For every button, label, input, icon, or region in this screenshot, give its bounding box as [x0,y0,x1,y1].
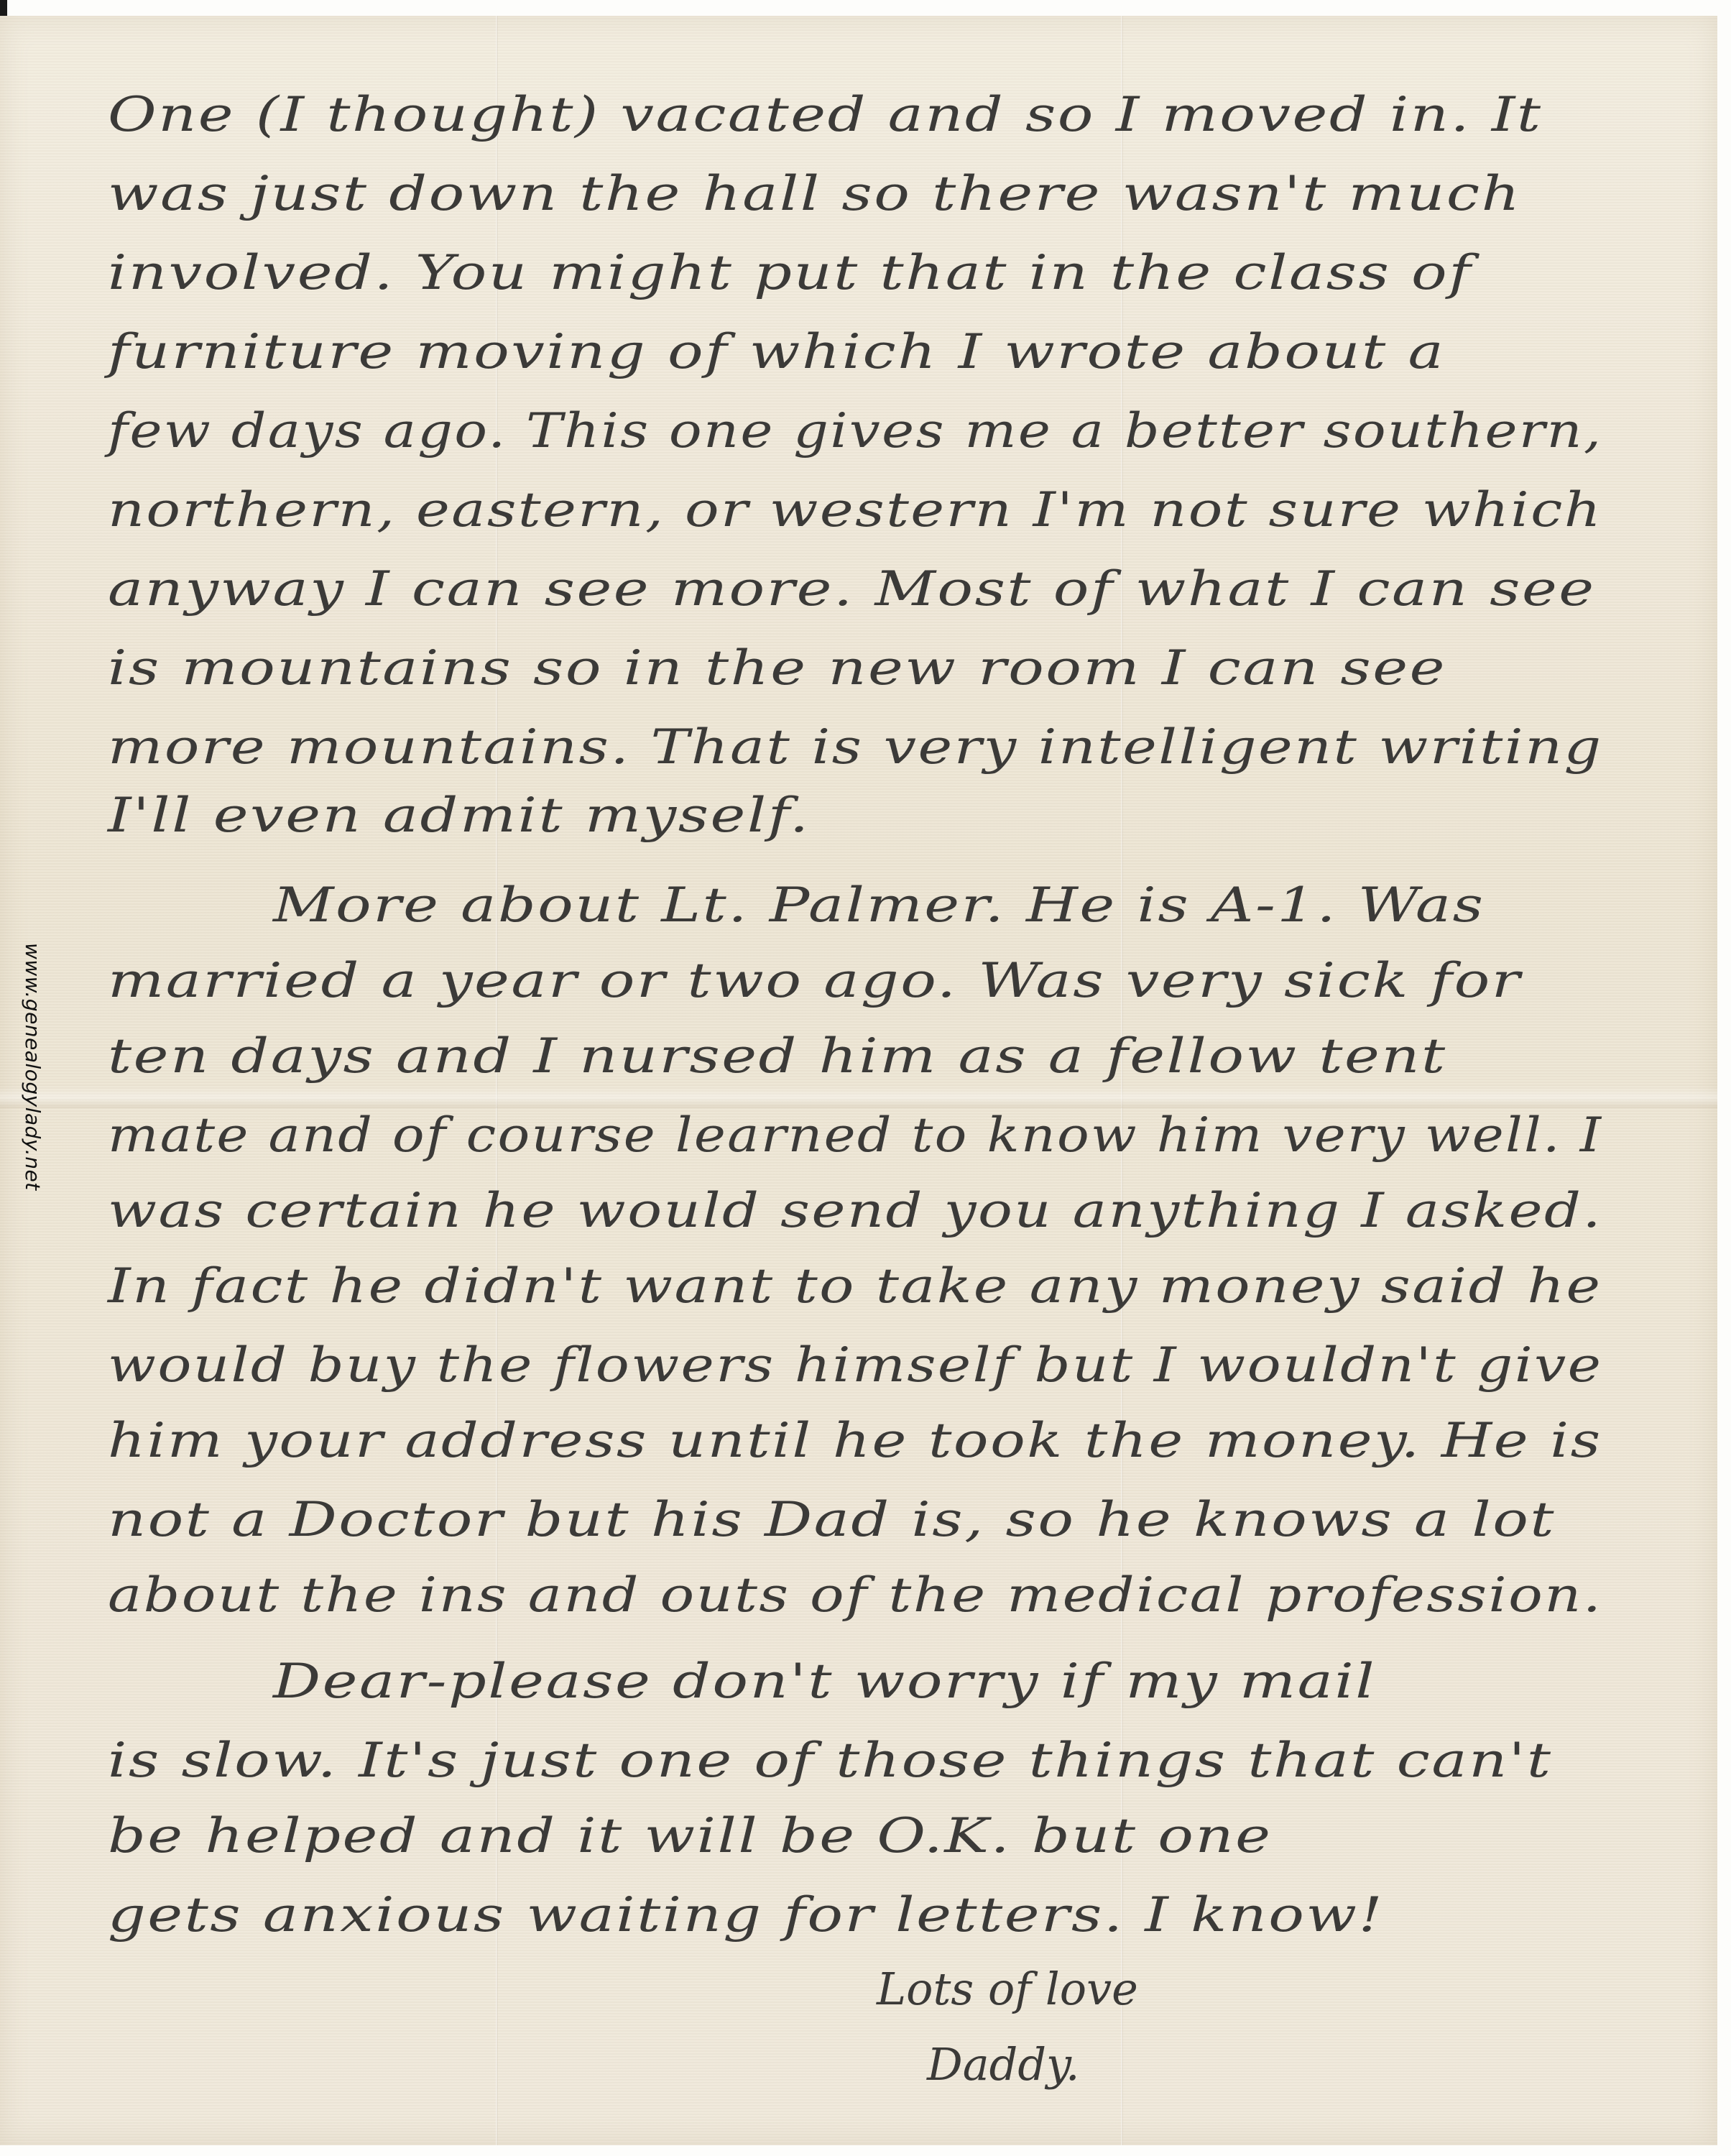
letter-line: In fact he didn't want to take any money… [108,1263,1602,1310]
letter-line: not a Doctor but his Dad is, so he knows… [108,1496,1556,1544]
letter-line: I'll even admit myself. [108,792,811,839]
letter-line: few days ago. This one gives me a better… [108,407,1602,455]
letter-line: more mountains. That is very intelligent… [108,724,1603,771]
letter-line: gets anxious waiting for letters. I know… [108,1892,1384,1939]
fold-line-horizontal [0,1087,1717,1108]
letter-line: be helped and it will be O.K. but one [108,1812,1272,1860]
letter-line: him your address until he took the money… [108,1417,1602,1465]
closing-salutation: Lots of love [877,1967,1138,2012]
letter-line: involved. You might put that in the clas… [108,249,1472,297]
letter-line: about the ins and outs of the medical pr… [108,1572,1602,1619]
letter-line: was certain he would send you anything I… [108,1187,1602,1235]
letter-line: ten days and I nursed him as a fellow te… [108,1033,1447,1080]
letter-line: was just down the hall so there wasn't m… [108,170,1521,218]
letter-page: www.genealogylady.net One (I thought) va… [0,16,1717,2145]
letter-line: is slow. It's just one of those things t… [108,1737,1553,1784]
letter-line: furniture moving of which I wrote about … [108,328,1445,376]
letter-line: mate and of course learned to know him v… [108,1112,1602,1159]
letter-line: is mountains so in the new room I can se… [108,645,1446,692]
paragraph-start-line: Dear-please don't worry if my mail [273,1658,1376,1705]
signature: Daddy. [927,2042,1080,2087]
letter-line: married a year or two ago. Was very sick… [108,957,1522,1005]
paragraph-start-line: More about Lt. Palmer. He is A-1. Was [273,882,1485,929]
letter-line: One (I thought) vacated and so I moved i… [108,91,1543,139]
letter-line: anyway I can see more. Most of what I ca… [108,566,1596,613]
watermark-url: www.genealogylady.net [16,943,45,1187]
letter-line: would buy the flowers himself but I woul… [108,1342,1602,1389]
letter-line: northern, eastern, or western I'm not su… [108,487,1602,534]
